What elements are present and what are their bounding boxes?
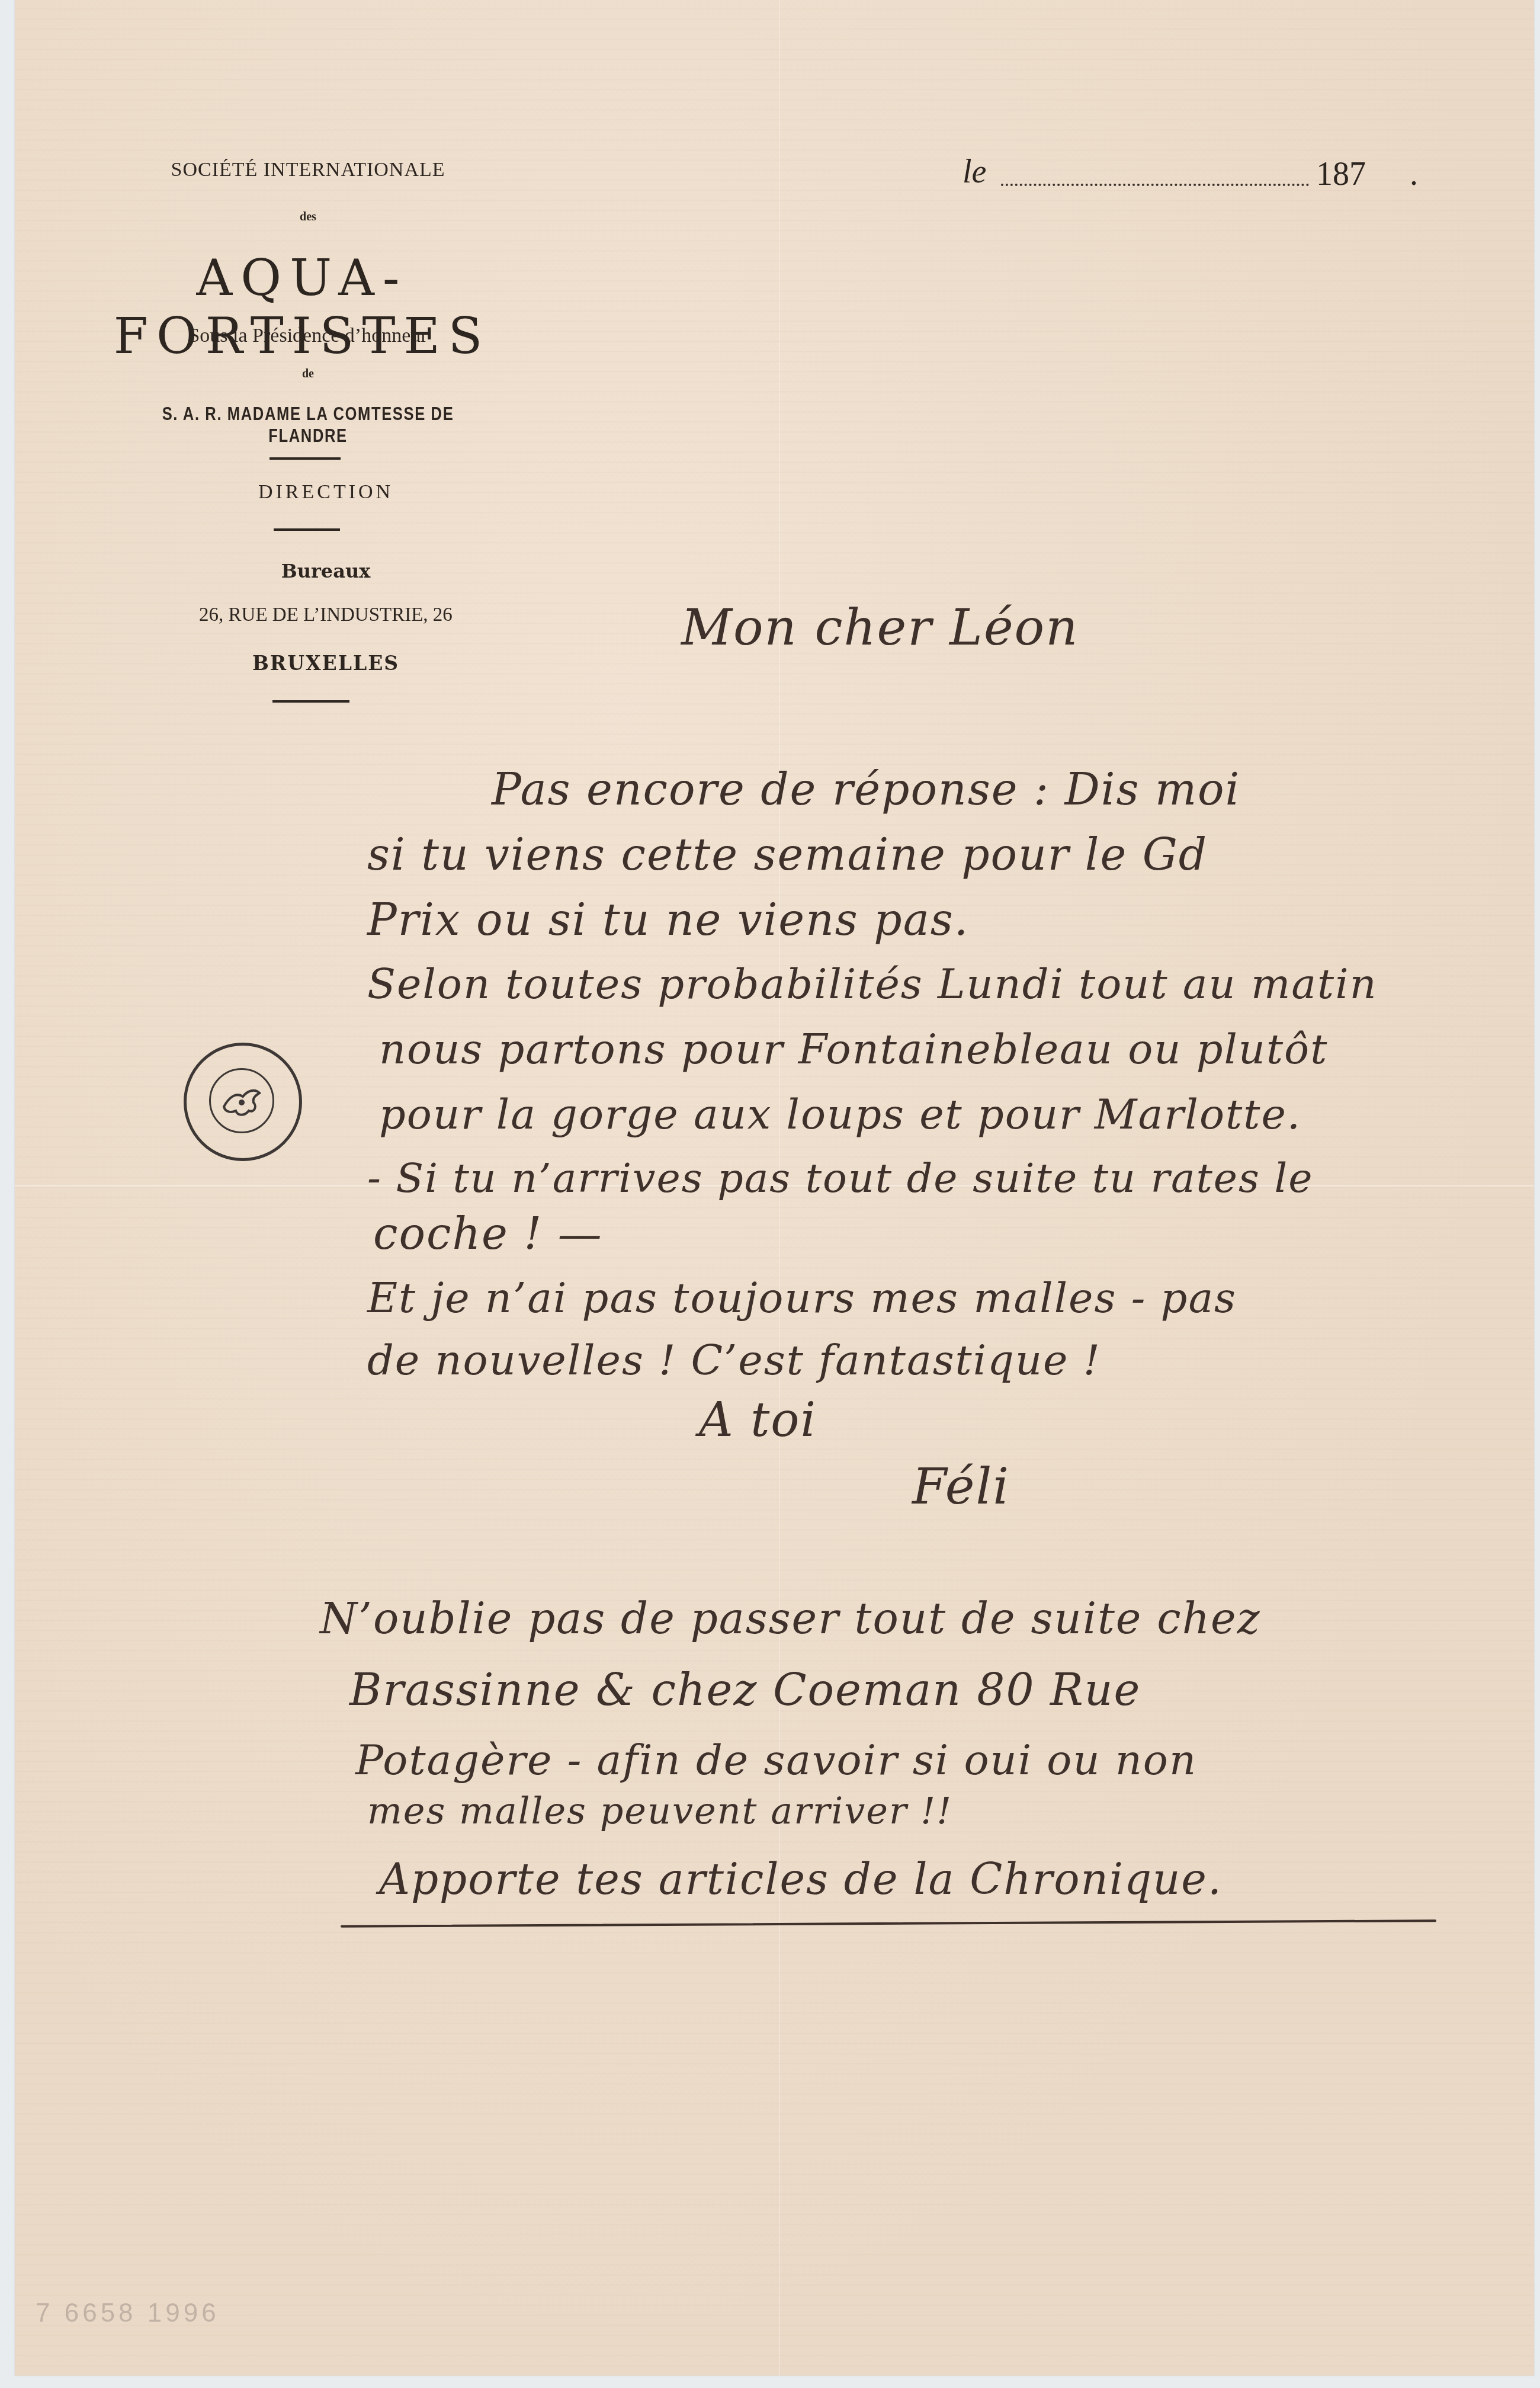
letter-line: Et je n’ai pas toujours mes malles - pas bbox=[367, 1274, 1237, 1322]
letterhead-presidence: Sous la Présidence d’honneur bbox=[118, 325, 498, 347]
letterhead-title: AQUA-FORTISTES bbox=[59, 249, 545, 365]
letterhead-des: des bbox=[118, 210, 498, 224]
letterhead-direction: DIRECTION bbox=[178, 481, 474, 504]
letter-line: Pas encore de réponse : Dis moi bbox=[492, 764, 1240, 815]
letter-line: coche ! — bbox=[373, 1209, 603, 1259]
letterhead-address: 26, RUE DE L’INDUSTRIE, 26 bbox=[118, 604, 533, 626]
salutation: Mon cher Léon bbox=[681, 598, 1079, 656]
letter-line: pour la gorge aux loups et pour Marlotte… bbox=[379, 1090, 1301, 1139]
letter-line: de nouvelles ! C’est fantastique ! bbox=[367, 1336, 1101, 1384]
dateline-year: 187 bbox=[1316, 155, 1366, 193]
dateline-prefix: le bbox=[962, 153, 986, 191]
postscript-line: Apporte tes articles de la Chronique. bbox=[379, 1854, 1223, 1904]
letter-line: Selon toutes probabilités Lundi tout au … bbox=[367, 960, 1378, 1008]
letterhead-de: de bbox=[118, 367, 498, 381]
dateline-blank bbox=[1001, 184, 1309, 186]
letter-line: - Si tu n’arrives pas tout de suite tu r… bbox=[367, 1155, 1314, 1202]
postscript-line: mes malles peuvent arriver !! bbox=[367, 1789, 952, 1832]
letterhead-patron: S. A. R. MADAME LA COMTESSE DE FLANDRE bbox=[123, 403, 493, 447]
letter-line: nous partons pour Fontainebleau ou plutô… bbox=[379, 1025, 1328, 1073]
letterhead-bureaux: Bureaux bbox=[178, 560, 474, 582]
letterhead-society: SOCIÉTÉ INTERNATIONALE bbox=[118, 159, 498, 181]
library-stamp: BIBLIOTHÈQUE ROYALE DE BELGIQUE bbox=[184, 1043, 302, 1161]
letter-line: Prix ou si tu ne viens pas. bbox=[367, 895, 969, 945]
pencil-archive-note: 7 6658 1996 bbox=[36, 2299, 220, 2328]
letterhead-city: BRUXELLES bbox=[178, 652, 474, 675]
closing: A toi bbox=[699, 1392, 817, 1447]
postscript-line: N’oublie pas de passer tout de suite che… bbox=[320, 1594, 1261, 1643]
postscript-line: Potagère - afin de savoir si oui ou non bbox=[355, 1736, 1197, 1784]
letterhead-rule bbox=[274, 528, 340, 531]
letterhead-rule bbox=[269, 457, 341, 460]
letter-line: si tu viens cette semaine pour le Gd bbox=[367, 829, 1208, 880]
letterhead-rule bbox=[272, 700, 349, 703]
dateline-period: . bbox=[1410, 155, 1418, 193]
signature: Féli bbox=[912, 1457, 1010, 1515]
postscript-line: Brassinne & chez Coeman 80 Rue bbox=[349, 1665, 1141, 1716]
